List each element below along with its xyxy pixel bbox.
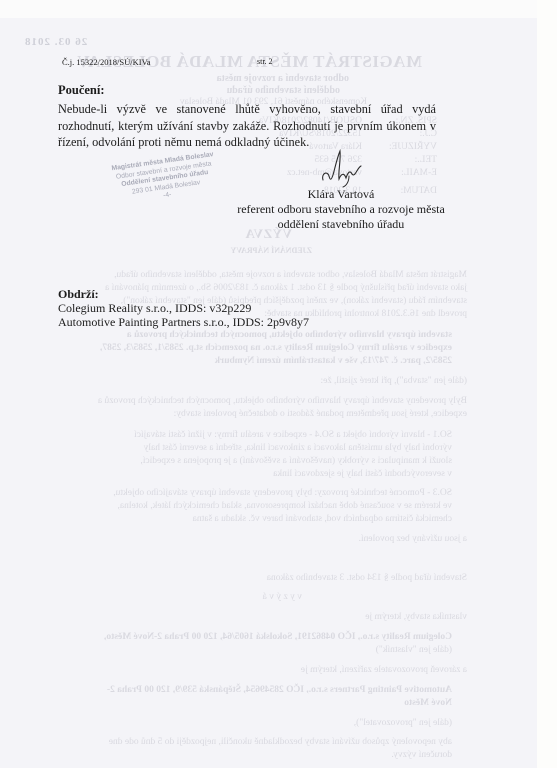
page-number: str. 2: [257, 57, 273, 66]
page-content: Č.j. 15322/2018/SÚ/KIVa str. 2 Poučení: …: [0, 0, 537, 768]
recipient-item: Colegium Reality s.r.o., IDDS: v32p229: [58, 302, 309, 316]
recipient-item: Automotive Painting Partners s.r.o., IDD…: [58, 316, 309, 330]
signer-block: Klára Vartová referent odboru stavebního…: [212, 187, 470, 232]
signer-title: referent odboru stavebního a rozvoje měs…: [212, 202, 470, 217]
scan-margin: [537, 0, 557, 768]
signer-name: Klára Vartová: [212, 187, 470, 202]
recipients-list: Colegium Reality s.r.o., IDDS: v32p229 A…: [58, 302, 309, 329]
notice-heading: Poučení:: [58, 83, 105, 98]
signature-icon: [319, 148, 365, 188]
notice-text: Nebude-li výzvě ve stanovené lhůtě vyhov…: [58, 101, 436, 151]
recipients-heading: Obdrží:: [58, 287, 99, 302]
reference-number: Č.j. 15322/2018/SÚ/KIVa: [62, 57, 151, 67]
signer-department: oddělení stavebního úřadu: [212, 217, 470, 232]
